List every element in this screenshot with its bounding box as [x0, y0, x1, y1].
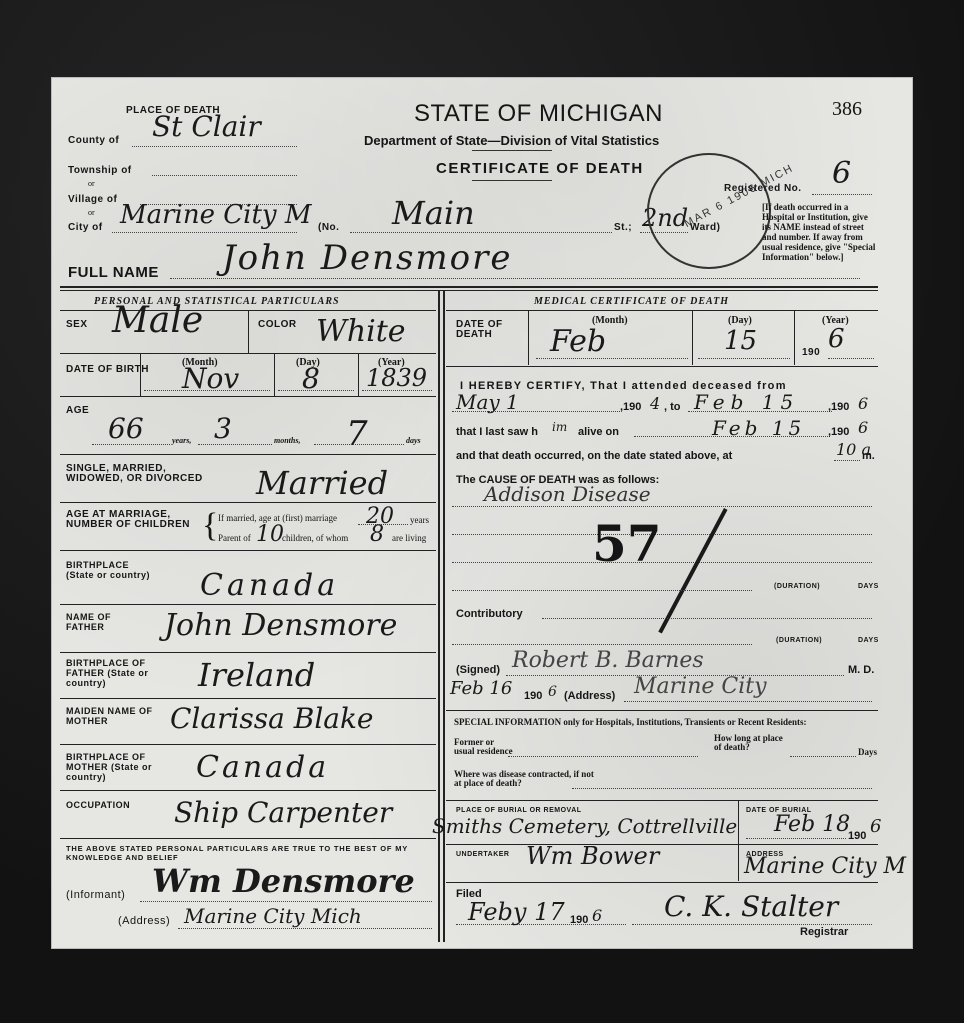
duration-line-2 — [452, 644, 752, 645]
age-years-value: 66 — [108, 412, 144, 445]
last-saw-year: 6 — [858, 418, 868, 437]
certificate-title: CERTIFICATE OF DEATH — [436, 160, 644, 177]
informant-address-line — [178, 928, 432, 929]
last-saw-label: that I last saw h — [456, 426, 538, 438]
undertaker-address-value: Marine City M — [744, 854, 906, 879]
title-rule-bottom — [472, 180, 552, 181]
former-residence-label: Former or usual residence — [454, 738, 514, 756]
marriage-label: AGE AT MARRIAGE, NUMBER OF CHILDREN — [66, 510, 206, 530]
dob-divider-1 — [140, 354, 141, 396]
informant-line — [140, 901, 432, 902]
death-occurred-text: and that death occurred, on the date sta… — [456, 450, 732, 462]
marital-label: SINGLE, MARRIED, WIDOWED, OR DIVORCED — [66, 464, 226, 484]
page-number: 386 — [832, 98, 862, 121]
registered-no-value: 6 — [832, 156, 851, 191]
filed-year: 6 — [592, 906, 602, 925]
former-residence-line — [508, 756, 698, 757]
burial-date-line — [746, 838, 846, 839]
attestation-text: THE ABOVE STATED PERSONAL PARTICULARS AR… — [66, 844, 434, 862]
md-label: M. D. — [848, 664, 874, 676]
cause-line-3 — [452, 562, 872, 563]
dob-year-line — [362, 390, 432, 391]
age-days-value: 7 — [346, 414, 368, 454]
street-no-label: (No. — [318, 223, 339, 233]
full-name-line — [170, 278, 860, 279]
signed-row-rule — [446, 710, 878, 711]
birthplace-row-rule — [60, 604, 436, 605]
dod-month-value: Feb — [550, 324, 606, 359]
mother-name-row-rule — [60, 744, 436, 745]
dod-year-value: 6 — [828, 324, 845, 354]
signed-value: Robert B. Barnes — [512, 648, 704, 673]
special-row-rule — [446, 800, 878, 801]
dod-divider-2 — [692, 311, 693, 365]
dod-row-rule — [446, 366, 878, 367]
dob-day-line — [278, 390, 354, 391]
birthplace-value: Canada — [200, 568, 339, 603]
attended-from-year-prefix: ,190 — [620, 401, 641, 413]
department-title: Department of State—Division of Vital St… — [364, 133, 659, 148]
parent-of-label: Parent of — [218, 534, 251, 543]
cause-line-2 — [452, 534, 872, 535]
registrar-label: Registrar — [800, 926, 848, 938]
attended-to-value: Feb 15 — [694, 390, 799, 414]
death-time-m-label: m. — [862, 450, 875, 462]
attended-to-year: 6 — [858, 394, 868, 413]
sex-color-divider — [248, 311, 249, 353]
burial-date-value: Feb 18 — [774, 812, 850, 837]
father-birthplace-row-rule — [60, 698, 436, 699]
signed-date: Feb 16 — [450, 678, 512, 699]
marital-row-rule — [60, 502, 436, 503]
occupation-label: OCCUPATION — [66, 800, 130, 810]
sex-row-rule — [60, 353, 436, 354]
slash-mark — [658, 508, 727, 633]
how-long-line — [790, 756, 856, 757]
dob-month-line — [144, 390, 270, 391]
informant-value: Wm Densmore — [152, 862, 415, 900]
cause-code: 57 — [592, 514, 662, 573]
color-value: White — [316, 314, 406, 349]
age-months-line — [198, 444, 272, 445]
where-contracted-label: Where was disease contracted, if not at … — [454, 770, 594, 788]
marital-value: Married — [256, 464, 388, 502]
special-info-title: SPECIAL INFORMATION only for Hospitals, … — [454, 718, 806, 727]
registrar-line — [632, 924, 872, 925]
informant-address-label: (Address) — [118, 916, 170, 926]
signer-address-value: Marine City — [634, 674, 767, 699]
state-title: STATE OF MICHIGAN — [414, 100, 663, 128]
sex-label: SEX — [66, 320, 88, 330]
father-name-label: NAME OF FATHER — [66, 612, 136, 632]
county-label: County of — [68, 136, 119, 146]
sex-value: Male — [112, 300, 203, 341]
title-rule-top — [472, 150, 552, 151]
header-rule-2 — [60, 290, 878, 291]
contributory-label: Contributory — [456, 608, 523, 620]
burial-place-row-rule — [446, 844, 878, 845]
dob-label: DATE OF BIRTH — [66, 365, 149, 375]
age-label: AGE — [66, 406, 89, 416]
dob-year-value: 1839 — [366, 364, 427, 392]
hospital-note: [If death occurred in a Hospital or Inst… — [762, 202, 878, 262]
mother-birthplace-value: Canada — [196, 750, 329, 785]
attended-from-value: May 1 — [456, 390, 519, 414]
dod-month-line — [536, 358, 688, 359]
undertaker-row-rule — [446, 882, 878, 883]
dob-divider-3 — [358, 354, 359, 396]
mother-birthplace-row-rule — [60, 790, 436, 791]
where-contracted-line — [572, 788, 872, 789]
marriage-brace: { — [202, 506, 218, 546]
attended-to-label: , to — [664, 401, 681, 413]
age-days-label: days — [406, 436, 421, 445]
age-years-line — [92, 444, 170, 445]
dob-divider-2 — [274, 354, 275, 396]
dod-year-line — [828, 358, 874, 359]
city-value: Marine City M — [120, 200, 312, 230]
dod-day-value: 15 — [724, 326, 757, 356]
undertaker-value: Wm Bower — [526, 842, 659, 870]
dob-row-rule — [60, 396, 436, 397]
registered-no-line — [812, 194, 872, 195]
cause-line-1 — [452, 506, 872, 507]
occupation-row-rule — [60, 838, 436, 839]
children-value: 10 — [256, 522, 284, 547]
column-divider-2 — [443, 290, 445, 942]
registrar-signature: C. K. Stalter — [664, 890, 838, 923]
burial-place-value: Smiths Cemetery, Cottrellville — [432, 814, 737, 838]
attended-from-year: 4 — [650, 394, 660, 413]
death-time-line — [834, 460, 860, 461]
filed-date: Feby 17 — [468, 898, 565, 926]
informant-address-value: Marine City Mich — [184, 904, 362, 928]
age-months-label: months, — [274, 436, 300, 445]
dod-label: DATE OF DEATH — [456, 320, 516, 340]
duration-days-2: DAYS — [858, 636, 879, 646]
or-label-2: or — [88, 208, 95, 217]
father-birthplace-value: Ireland — [198, 656, 315, 694]
burial-year-prefix: 190 — [848, 830, 866, 842]
dod-divider-1 — [528, 311, 529, 365]
mother-name-label: MAIDEN NAME OF MOTHER — [66, 706, 166, 726]
county-value: St Clair — [152, 110, 261, 143]
undertaker-label: UNDERTAKER — [456, 850, 509, 860]
father-birthplace-label: BIRTHPLACE OF FATHER (State or country) — [66, 658, 156, 688]
cause-value: Addison Disease — [484, 482, 651, 506]
how-long-label: How long at place of death? — [714, 734, 784, 752]
last-saw-date: Feb 15 — [712, 416, 805, 440]
full-name-value: John Densmore — [222, 238, 513, 278]
are-living-label: are living — [392, 534, 426, 543]
dod-year-prefix: 190 — [802, 348, 820, 358]
signed-label: (Signed) — [456, 664, 500, 676]
street-value: Main — [392, 194, 475, 232]
duration-label-1: (DURATION) — [774, 582, 820, 592]
header-rule — [60, 286, 878, 288]
signer-address-line — [624, 701, 872, 702]
marriage-row-rule — [60, 550, 436, 551]
township-label: Township of — [68, 166, 132, 176]
last-saw-him: im — [552, 420, 567, 434]
city-line — [112, 232, 297, 233]
mother-birthplace-label: BIRTHPLACE OF MOTHER (State or country) — [66, 752, 166, 782]
medical-title-rule — [446, 310, 878, 311]
full-name-label: FULL NAME — [68, 264, 159, 281]
age-row-rule — [60, 454, 436, 455]
city-label: City of — [68, 223, 103, 233]
medical-section-title: MEDICAL CERTIFICATE OF DEATH — [534, 296, 729, 307]
father-name-value: John Densmore — [164, 608, 397, 643]
dod-divider-3 — [794, 311, 795, 365]
or-label: or — [88, 179, 95, 188]
how-long-days-label: Days — [858, 748, 877, 757]
birthplace-label: BIRTHPLACE (State or country) — [66, 560, 156, 580]
age-days-line — [314, 444, 404, 445]
signed-year-prefix: 190 — [524, 690, 542, 702]
village-label: Village of — [68, 195, 117, 205]
signed-year: 6 — [548, 684, 557, 700]
street-line — [350, 232, 612, 233]
signer-address-label: (Address) — [564, 690, 615, 702]
marriage-years-label: years — [410, 516, 429, 525]
dod-day-line — [698, 358, 790, 359]
dod-day-label: (Day) — [728, 316, 752, 325]
living-value: 8 — [370, 522, 384, 547]
county-line — [132, 146, 297, 147]
burial-year-value: 6 — [870, 816, 881, 837]
street-st-label: St.; — [614, 223, 632, 233]
age-years-label: years, — [172, 436, 191, 445]
color-label: COLOR — [258, 320, 297, 330]
column-divider — [438, 290, 440, 942]
father-name-row-rule — [60, 652, 436, 653]
duration-label-2: (DURATION) — [776, 636, 822, 646]
duration-line-1 — [452, 590, 752, 591]
death-certificate: PLACE OF DEATH County of St Clair Townsh… — [52, 78, 912, 948]
township-line — [152, 175, 297, 176]
last-saw-year-prefix: ,190 — [828, 426, 849, 438]
age-months-value: 3 — [214, 412, 232, 445]
contributory-line — [542, 618, 872, 619]
informant-label: (Informant) — [66, 890, 125, 900]
mother-name-value: Clarissa Blake — [170, 702, 374, 735]
filed-year-prefix: 190 — [570, 914, 588, 926]
alive-on-label: alive on — [578, 426, 619, 438]
duration-days-1: DAYS — [858, 582, 879, 592]
children-of-whom-label: children, of whom — [282, 534, 348, 543]
occupation-value: Ship Carpenter — [174, 796, 392, 829]
attended-to-year-prefix: ,190 — [828, 401, 849, 413]
burial-divider — [738, 801, 739, 881]
registered-no-label: Registered No. — [724, 184, 802, 194]
